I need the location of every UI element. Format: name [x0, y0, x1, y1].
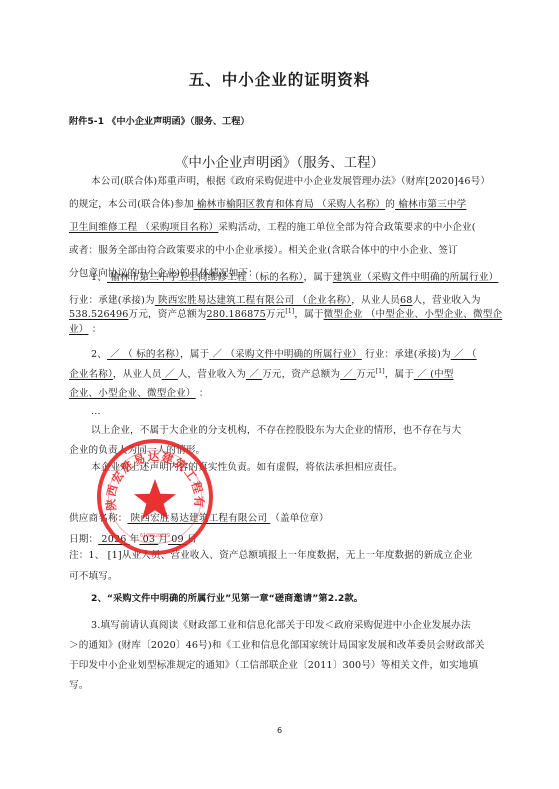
item2-size: ／ (中型: [414, 369, 454, 380]
section-title: 五、中小企业的证明资料: [0, 68, 559, 90]
purchaser-name: 榆林市榆阳区教育和体育局 （采购人名称）: [194, 199, 386, 210]
seal-graphic: 陕西宏胜易达建筑工程有限公司 6108020229: [101, 443, 209, 551]
note-3-line-4: 写。: [69, 677, 89, 691]
note-1-line-2: 可不填写。: [69, 568, 118, 582]
note-3-line-1: 3.填写前请认真阅读《财政部工业和信息化部关于印发＜政府采购促进中小企业发展办法: [91, 617, 471, 631]
item2-line-2: 企业名称），从业人员 ／ 人，营业收入为 ／ 万元，资产总额为 ／ 万元[1]，…: [69, 366, 454, 380]
intro-line-1: 本公司(联合体)郑重声明，根据《政府采购促进中小企业发展管理办法》（财库[202…: [91, 173, 490, 187]
item1-size: 微型企业 （中型企业、小型企业、微型企: [324, 309, 503, 320]
item2-line-1: 2、 ／ （ 标的名称），属于 ／ （采购文件中明确的所属行业） 行业：承建(承…: [91, 346, 477, 360]
item2-employees: ／: [162, 369, 178, 380]
intro-line-3: 卫生间维修工程 （采购项目名称）采购活动，工程的施工单位全部为符合政策要求的中小…: [69, 219, 476, 233]
project-name-part2: 卫生间维修工程 （采购项目名称）: [69, 222, 218, 233]
item1-target: 榆林市第三中学卫生间维修工程 （标的名称）: [107, 272, 303, 283]
project-name-part1: 榆林市第三中学: [395, 199, 466, 210]
annex-label: 附件5-1 《中小企业声明函》（服务、工程）: [69, 113, 250, 127]
statement-line-1: 以上企业，不属于大企业的分支机构，不存在控股股东为大企业的情形，也不存在与大: [91, 422, 461, 436]
note-2: 2、“采购文件中明确的所属行业”见第一章“磋商邀请”第2.2款。: [91, 590, 363, 604]
item2-industry: ／ （采购文件中明确的所属行业）: [209, 349, 362, 360]
item1-line-1: 1、 榆林市第三中学卫生间维修工程 （标的名称），属于建筑业（采购文件中明确的所…: [91, 269, 498, 283]
page-number: 6: [0, 726, 559, 735]
svg-text:6108020229: 6108020229: [140, 533, 170, 539]
item1-employees: 68: [400, 295, 413, 306]
item1-assets: 280.186875: [206, 309, 265, 320]
intro-line-2: 的规定，本公司(联合体)参加 榆林市榆阳区教育和体育局 （采购人名称）的 榆林市…: [69, 196, 466, 210]
document-page: 五、中小企业的证明资料 附件5-1 《中小企业声明函》（服务、工程） 《中小企业…: [0, 0, 559, 789]
star-icon: [134, 479, 176, 519]
item2-revenue: ／: [246, 369, 262, 380]
item1-industry: 建筑业（采购文件中明确的所属行业）: [333, 272, 499, 283]
note-3-line-3: 于印发中小企业划型标准规定的通知》（工信部联企业〔2011〕300号）等相关文件…: [69, 657, 478, 671]
item1-line-2: 行业：承建(承接)为 陕西宏胜易达建筑工程有限公司 （企业名称），从业人员68人…: [69, 292, 481, 306]
item2-company: ／ （: [451, 349, 477, 360]
company-seal: 陕西宏胜易达建筑工程有限公司 6108020229: [97, 439, 213, 555]
item1-revenue: 538.526496: [69, 309, 128, 320]
ellipsis: …: [91, 406, 101, 417]
item1-line-4: 业） ：: [69, 321, 101, 335]
item1-company: 陕西宏胜易达建筑工程有限公司 （企业名称）: [155, 295, 351, 306]
note-3-line-2: ＞的通知》(财库〔2020〕46号)和《工业和信息化部国家统计局国家发展和改革委…: [69, 637, 485, 651]
item1-line-3: 538.526496万元，资产总额为280.186875万元[1]，属于微型企业…: [69, 306, 502, 320]
item2-assets: ／: [340, 369, 356, 380]
item2-target: ／ （ 标的名称）: [107, 349, 180, 360]
intro-line-4: 或者：服务全部由符合政策要求的中小企业承接）。相关企业(含联合体中的中小企业、签…: [69, 242, 458, 256]
item2-line-3: 企业、小型企业、微型企业） ：: [69, 385, 209, 399]
letter-title: 《中小企业声明函》（服务、工程）: [0, 151, 559, 171]
